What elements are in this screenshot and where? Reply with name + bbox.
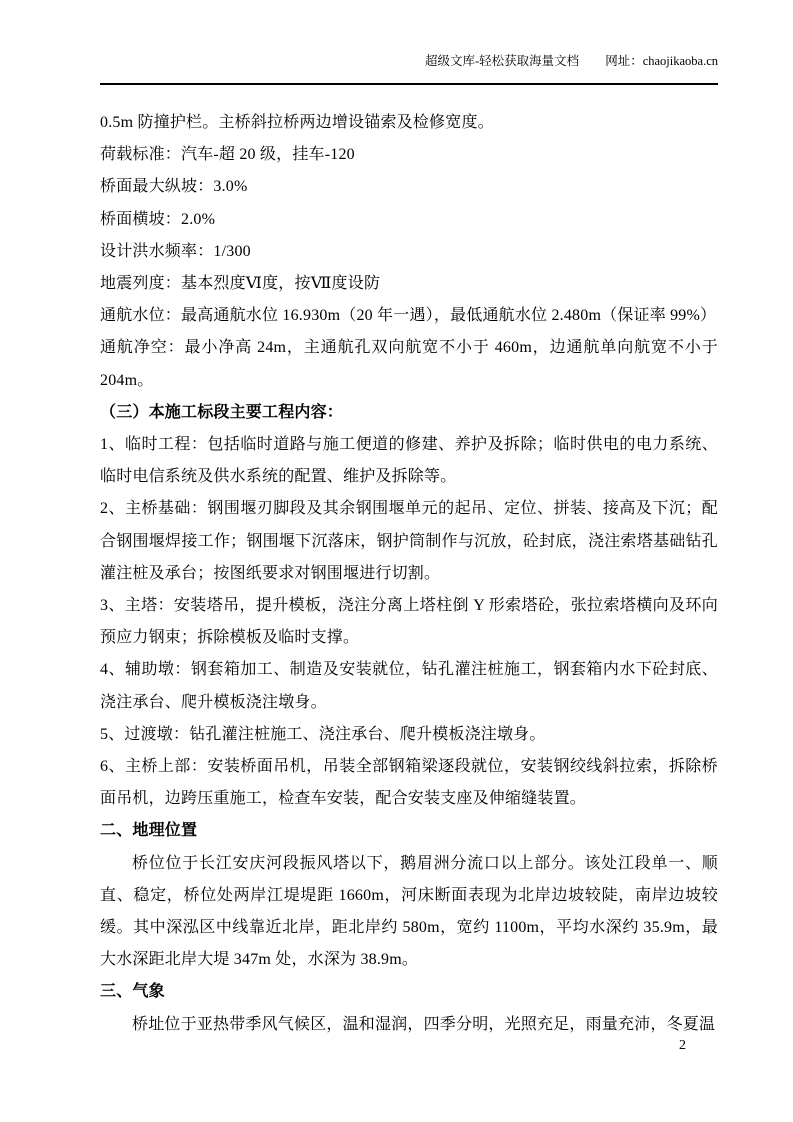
paragraph: 桥面最大纵坡：3.0% [100,171,718,203]
section-heading-weather: 三、气象 [100,976,718,1008]
page-footer: 2 [100,1036,718,1056]
paragraph: 0.5m 防撞护栏。主桥斜拉桥两边增设锚索及检修宽度。 [100,107,718,139]
paragraph: 4、辅助墩：钢套箱加工、制造及安装就位，钻孔灌注桩施工，钢套箱内水下砼封底、浇注… [100,654,718,718]
header-brand-text: 超级文库-轻松获取海量文档 [425,54,579,68]
paragraph: 5、过渡墩：钻孔灌注桩施工、浇注承台、爬升模板浇注墩身。 [100,719,718,751]
document-body: 0.5m 防撞护栏。主桥斜拉桥两边增设锚索及检修宽度。 荷载标准：汽车-超 20… [100,107,718,1041]
paragraph: 3、主塔：安装塔吊，提升模板，浇注分离上塔柱倒 Y 形索塔砼，张拉索塔横向及环向… [100,590,718,654]
paragraph: 6、主桥上部：安装桥面吊机，吊装全部钢箱梁逐段就位，安装钢绞线斜拉索，拆除桥面吊… [100,751,718,815]
header-site-url: 网址：chaojikaoba.cn [605,54,718,68]
paragraph: 1、临时工程：包括临时道路与施工便道的修建、养护及拆除；临时供电的电力系统、临时… [100,429,718,493]
paragraph: 通航水位：最高通航水位 16.930m（20 年一遇），最低通航水位 2.480… [100,300,718,332]
paragraph: 通航净空：最小净高 24m，主通航孔双向航宽不小于 460m，边通航单向航宽不小… [100,332,718,396]
page-header: 超级文库-轻松获取海量文档网址：chaojikaoba.cn [100,0,718,85]
paragraph: 设计洪水频率：1/300 [100,236,718,268]
paragraph: 荷载标准：汽车-超 20 级，挂车-120 [100,139,718,171]
paragraph: 2、主桥基础：钢围堰刃脚段及其余钢围堰单元的起吊、定位、拼装、接高及下沉；配合钢… [100,493,718,590]
section-heading-geography: 二、地理位置 [100,815,718,847]
paragraph: 地震列度：基本烈度Ⅵ度，按Ⅶ度设防 [100,268,718,300]
section-heading-3: （三）本施工标段主要工程内容： [100,397,718,429]
paragraph: 桥面横坡：2.0% [100,204,718,236]
document-page: 超级文库-轻松获取海量文档网址：chaojikaoba.cn 0.5m 防撞护栏… [0,0,793,1122]
paragraph: 桥位位于长江安庆河段振风塔以下，鹅眉洲分流口以上部分。该处江段单一、顺直、稳定，… [100,848,718,977]
page-number: 2 [679,1038,686,1053]
